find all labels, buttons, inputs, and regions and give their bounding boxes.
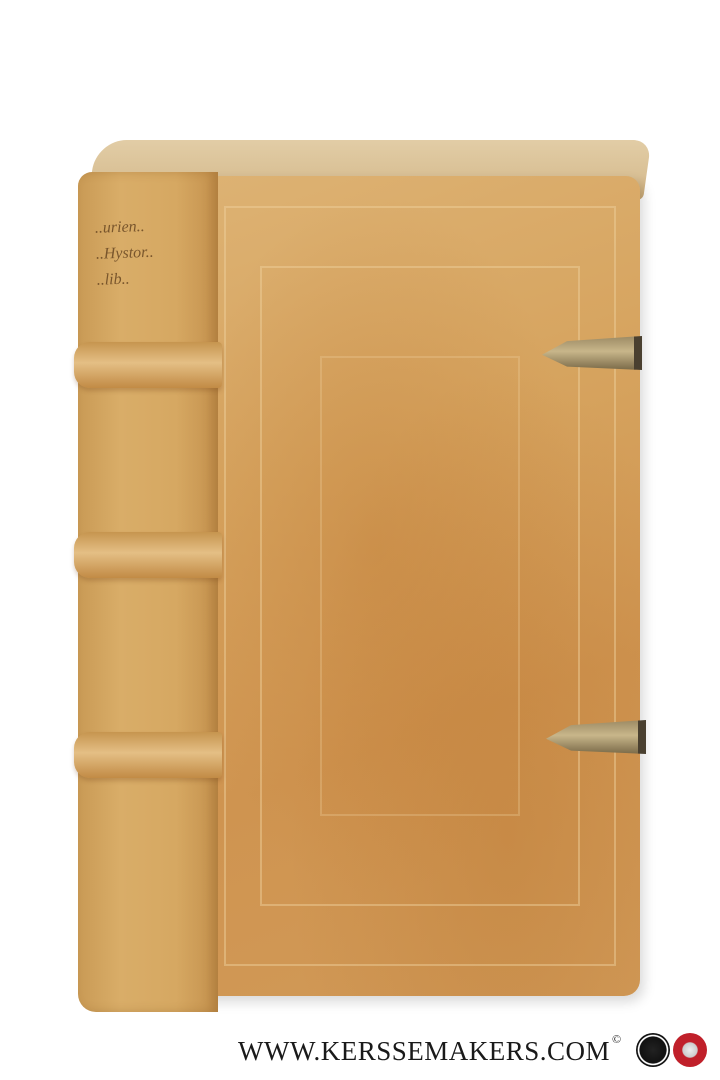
watermark-footer: WWW.KERSSEMAKERS.COM © ILAB NVvA: [0, 1030, 720, 1074]
book-spine: ..urien.. ..Hystor.. ..lib..: [78, 172, 218, 1012]
front-cover: [200, 176, 640, 996]
site-url-watermark: WWW.KERSSEMAKERS.COM: [238, 1036, 610, 1067]
book-photo: ..urien.. ..Hystor.. ..lib..: [0, 0, 720, 1080]
spine-inscription: ..urien.. ..Hystor.. ..lib..: [94, 212, 197, 305]
spine-raised-band: [74, 732, 222, 778]
spine-raised-band: [74, 532, 222, 578]
nvva-badge-icon: NVvA: [673, 1033, 707, 1067]
copyright-mark: ©: [612, 1032, 621, 1047]
blind-tooled-panel-center: [320, 356, 520, 816]
ilab-badge-icon: ILAB: [636, 1033, 670, 1067]
spine-raised-band: [74, 342, 222, 388]
